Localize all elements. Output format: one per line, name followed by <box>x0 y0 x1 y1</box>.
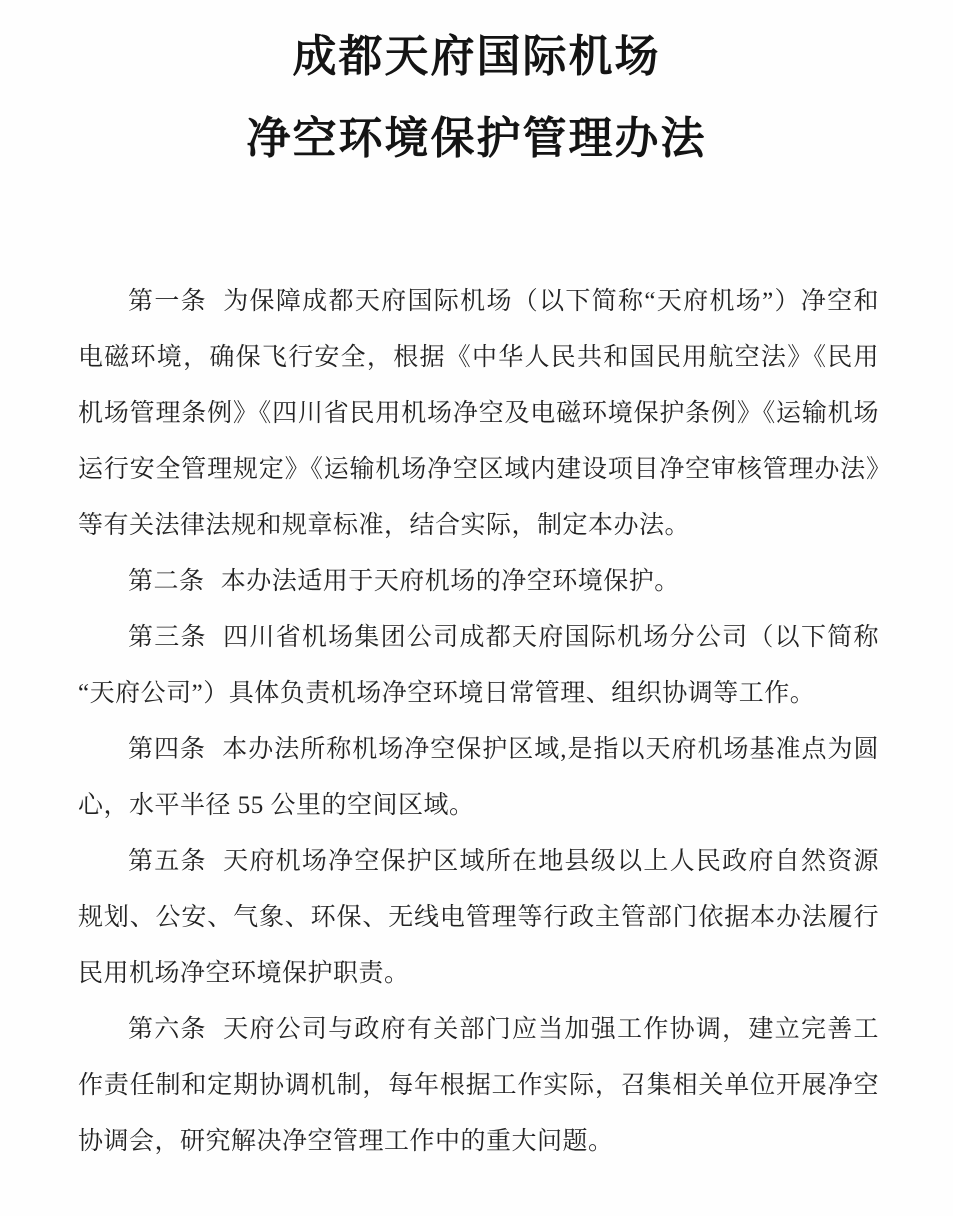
article-6-label: 第六条 <box>128 1016 207 1043</box>
document-body: 第一条为保障成都天府国际机场（以下简称“天府机场”）净空和电磁环境，确保飞行安全… <box>0 274 953 1170</box>
paragraph-article-1: 第一条为保障成都天府国际机场（以下简称“天府机场”）净空和电磁环境，确保飞行安全… <box>78 274 879 554</box>
article-1-label: 第一条 <box>128 288 207 315</box>
document-title: 成都天府国际机场 净空环境保护管理办法 <box>0 0 953 180</box>
article-1-text: 为保障成都天府国际机场（以下简称“天府机场”）净空和电磁环境，确保飞行安全，根据… <box>78 288 879 539</box>
paragraph-article-4: 第四条本办法所称机场净空保护区域,是指以天府机场基准点为圆心，水平半径 55 公… <box>78 722 879 834</box>
article-3-label: 第三条 <box>128 624 207 651</box>
paragraph-article-5: 第五条天府机场净空保护区域所在地县级以上人民政府自然资源规划、公安、气象、环保、… <box>78 834 879 1002</box>
title-line-1: 成都天府国际机场 <box>0 16 953 98</box>
document-page: 成都天府国际机场 净空环境保护管理办法 第一条为保障成都天府国际机场（以下简称“… <box>0 0 953 1216</box>
article-5-label: 第五条 <box>128 848 207 875</box>
title-line-2: 净空环境保护管理办法 <box>0 98 953 180</box>
paragraph-article-3: 第三条四川省机场集团公司成都天府国际机场分公司（以下简称“天府公司”）具体负责机… <box>78 610 879 722</box>
article-2-text: 本办法适用于天府机场的净空环境保护。 <box>221 568 680 595</box>
article-4-label: 第四条 <box>128 736 206 763</box>
article-2-label: 第二条 <box>128 568 205 595</box>
paragraph-article-2: 第二条本办法适用于天府机场的净空环境保护。 <box>78 554 879 610</box>
paragraph-article-6: 第六条天府公司与政府有关部门应当加强工作协调，建立完善工作责任制和定期协调机制，… <box>78 1002 879 1170</box>
